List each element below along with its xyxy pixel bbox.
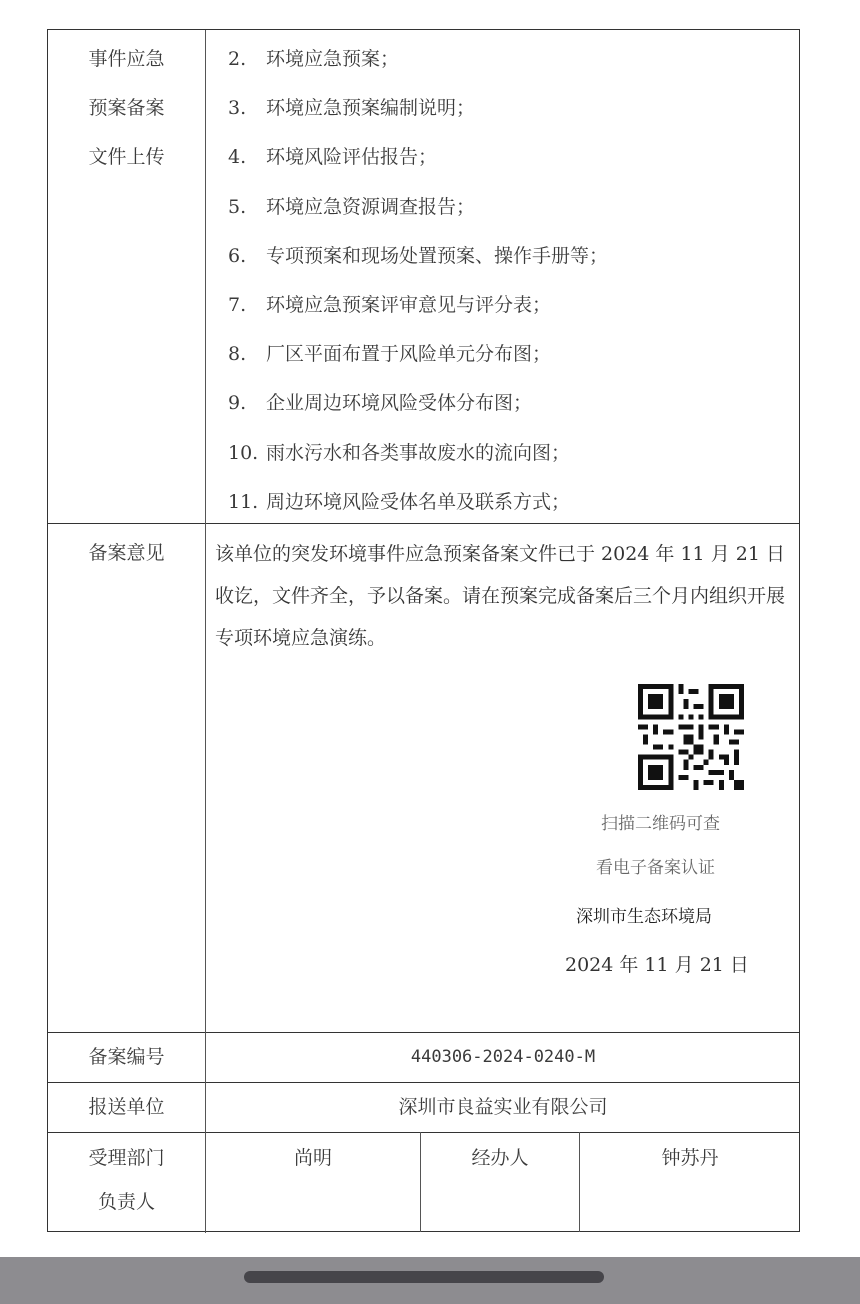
row-divider bbox=[48, 1132, 799, 1133]
handler-label: 经办人 bbox=[421, 1136, 579, 1180]
list-item: 4.环境风险评估报告； bbox=[228, 133, 608, 182]
list-item: 10.雨水污水和各类事故废水的流向图； bbox=[228, 429, 608, 478]
qr-caption-line1: 扫描二维码可查 bbox=[601, 809, 720, 834]
list-item: 9.企业周边环境风险受体分布图； bbox=[228, 379, 608, 428]
list-item: 5.环境应急资源调查报告； bbox=[228, 183, 608, 232]
label-line: 备案意见 bbox=[48, 529, 205, 578]
opinion-section-label: 备案意见 bbox=[48, 529, 205, 578]
filing-table: 事件应急 预案备案 文件上传 2.环境应急预案； 3.环境应急预案编制说明； 4… bbox=[47, 29, 800, 1232]
qr-code[interactable] bbox=[638, 684, 744, 790]
issuer-name: 深圳市生态环境局 bbox=[576, 902, 712, 927]
label-line: 负责人 bbox=[48, 1180, 205, 1224]
label-line: 备案编号 bbox=[48, 1033, 205, 1082]
label-line: 报送单位 bbox=[48, 1083, 205, 1132]
list-item: 11.周边环境风险受体名单及联系方式； bbox=[228, 478, 608, 527]
label-line: 事件应急 bbox=[48, 35, 205, 84]
opinion-text: 该单位的突发环境事件应急预案备案文件已于 2024 年 11 月 21 日收讫，… bbox=[215, 533, 795, 659]
qr-caption-line2: 看电子备案认证 bbox=[596, 853, 715, 878]
label-line: 文件上传 bbox=[48, 133, 205, 182]
department-head-label: 受理部门 负责人 bbox=[48, 1136, 205, 1224]
label-line: 预案备案 bbox=[48, 84, 205, 133]
submitting-unit-value: 深圳市良益实业有限公司 bbox=[206, 1083, 800, 1132]
list-item: 8.厂区平面布置于风险单元分布图； bbox=[228, 330, 608, 379]
upload-section-label: 事件应急 预案备案 文件上传 bbox=[48, 35, 205, 182]
list-item: 7.环境应急预案评审意见与评分表； bbox=[228, 281, 608, 330]
record-number-value: 440306-2024-0240-M bbox=[206, 1033, 800, 1082]
list-item: 3.环境应急预案编制说明； bbox=[228, 84, 608, 133]
list-item: 6.专项预案和现场处置预案、操作手册等； bbox=[228, 232, 608, 281]
upload-file-list: 2.环境应急预案； 3.环境应急预案编制说明； 4.环境风险评估报告； 5.环境… bbox=[228, 35, 608, 527]
department-head-name: 尚明 bbox=[206, 1136, 420, 1180]
issue-date: 2024 年 11 月 21 日 bbox=[565, 950, 749, 977]
record-number-label: 备案编号 bbox=[48, 1033, 205, 1082]
list-item: 2.环境应急预案； bbox=[228, 35, 608, 84]
submitting-unit-label: 报送单位 bbox=[48, 1083, 205, 1132]
label-line: 受理部门 bbox=[48, 1136, 205, 1180]
home-indicator[interactable] bbox=[244, 1271, 604, 1283]
handler-name: 钟苏丹 bbox=[580, 1136, 800, 1180]
